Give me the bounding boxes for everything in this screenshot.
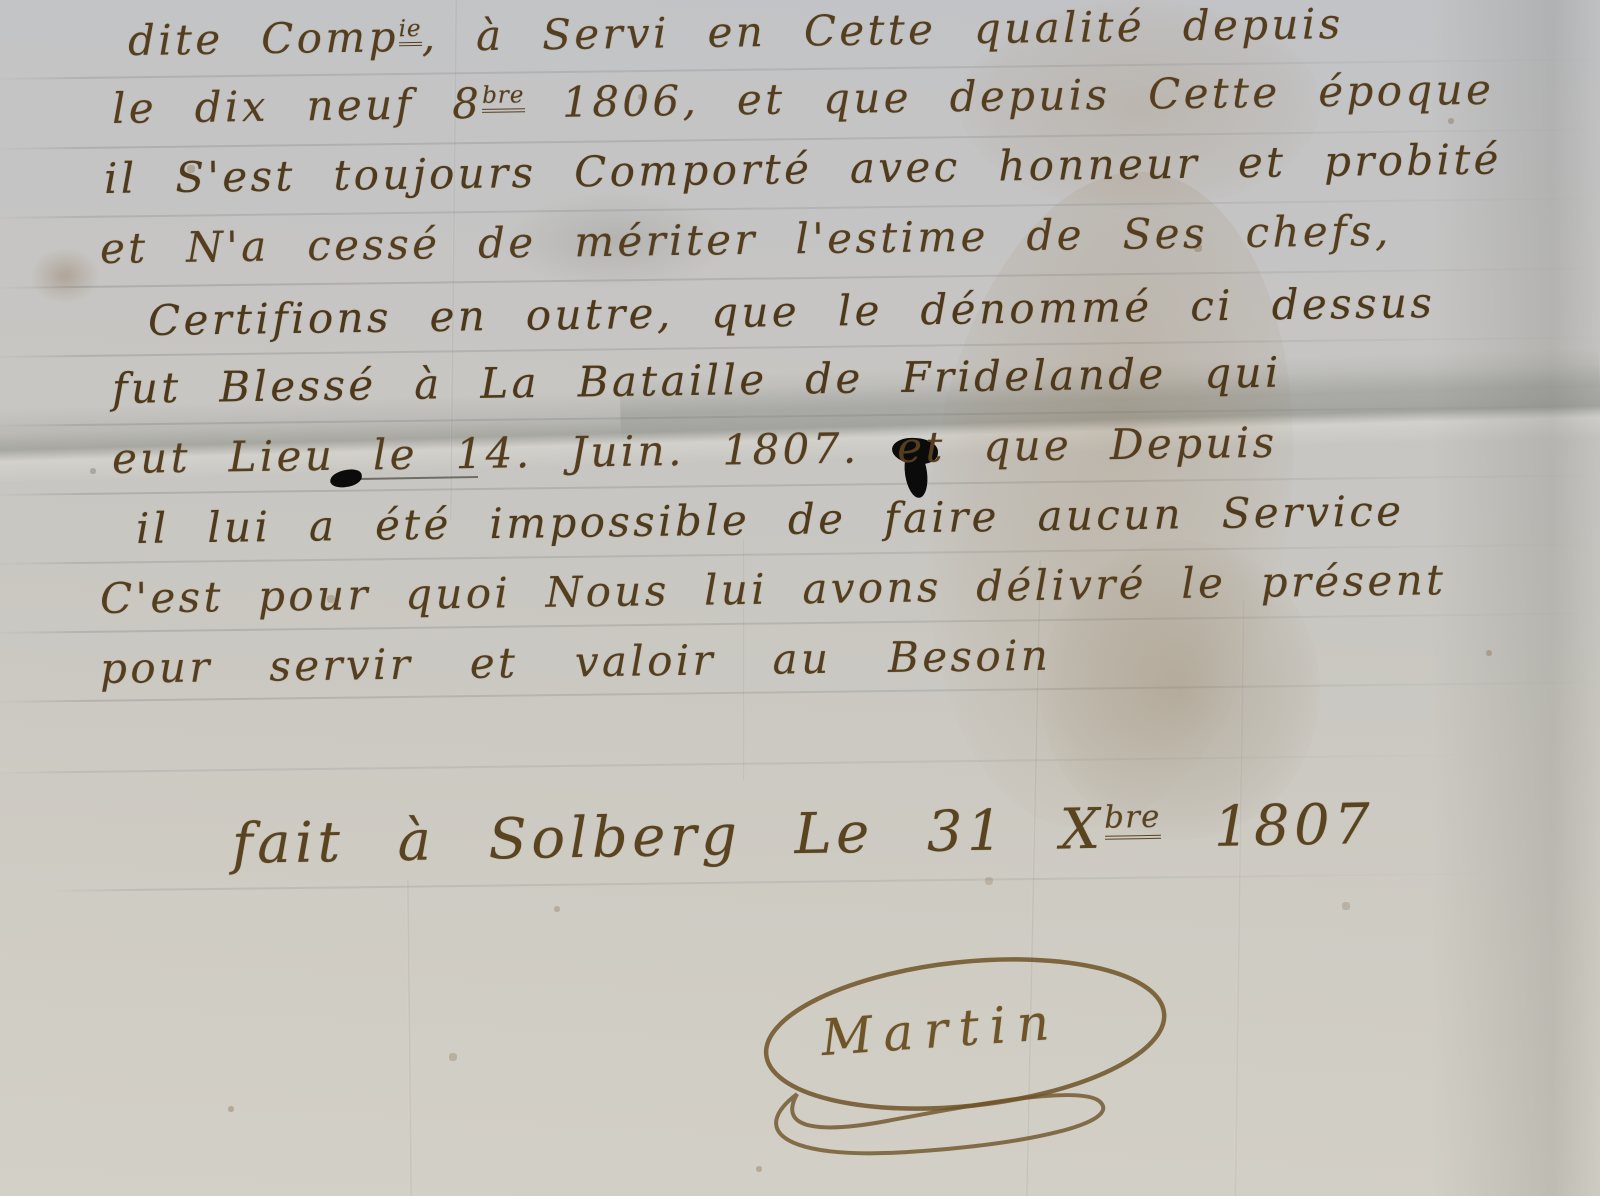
vertical-crease (406, 880, 412, 1196)
line-text: et N'a cessé de mériter l'estime de Ses … (100, 206, 1392, 273)
superscript-abbreviation: bre (482, 82, 525, 113)
line-text: le dix neuf 8 (112, 79, 483, 133)
line-text: pour servir et valoir au Besoin (100, 631, 1052, 693)
ink-spot (30, 248, 100, 304)
handwritten-line-8: il lui a été impossible de faire aucun S… (136, 486, 1405, 553)
handwritten-line-6: fut Blessé à La Bataille de Fridelande q… (112, 348, 1282, 413)
superscript-abbreviation: ie (398, 16, 421, 46)
dateline: fait à Solberg Le 31 Xbre 1807 (231, 792, 1374, 877)
paper-sheet: dite Compie, à Servi en Cette qualité de… (0, 0, 1600, 1196)
handwritten-line-7: eut Lieu le 14. Juin. 1807. et que Depui… (112, 418, 1278, 483)
handwritten-line-1: dite Compie, à Servi en Cette qualité de… (128, 0, 1344, 65)
handwritten-line-4: et N'a cessé de mériter l'estime de Ses … (100, 206, 1392, 273)
line-text: Certifions en outre, que le dénommé ci d… (148, 278, 1436, 345)
signature-oval-flourish (722, 930, 1210, 1187)
line-text: il lui a été impossible de faire aucun S… (136, 486, 1405, 553)
line-text: 1806, et que depuis Cette époque (524, 65, 1494, 128)
paper-speckles (0, 0, 2, 2)
line-text: 1807 (1160, 792, 1375, 861)
signature-block: Martin (722, 930, 1210, 1187)
line-text: fait à Solberg Le 31 X (231, 797, 1105, 877)
superscript-abbreviation: bre (1104, 799, 1161, 840)
handwritten-line-5: Certifions en outre, que le dénommé ci d… (148, 278, 1436, 345)
line-text: fut Blessé à La Bataille de Fridelande q… (112, 348, 1282, 413)
vertical-crease (1234, 600, 1245, 1196)
line-text: eut Lieu le 14. Juin. 1807. et que Depui… (112, 418, 1278, 483)
line-text: , à Servi en Cette qualité depuis (421, 0, 1344, 61)
manuscript-photo: dite Compie, à Servi en Cette qualité de… (0, 0, 1600, 1196)
line-text: dite Comp (128, 12, 399, 65)
handwritten-line-10: pour servir et valoir au Besoin (100, 631, 1052, 693)
